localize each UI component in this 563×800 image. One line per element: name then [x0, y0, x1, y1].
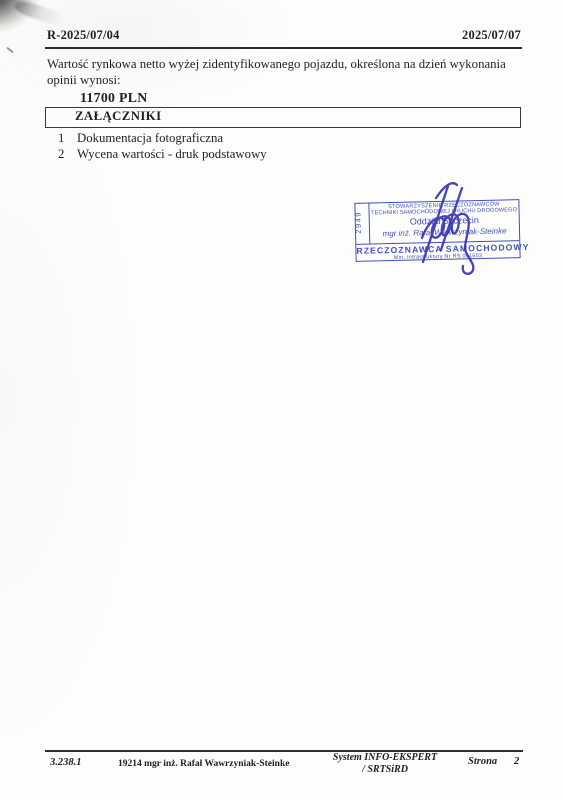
footer-divider — [45, 750, 523, 752]
attachments-list: 1 Dokumentacja fotograficzna 2 Wycena wa… — [58, 130, 267, 162]
list-item-label: Wycena wartości - druk podstawowy — [77, 146, 267, 162]
list-item-number: 2 — [58, 146, 77, 162]
valuation-amount: 11700 PLN — [80, 90, 147, 106]
footer-page-label: Strona — [468, 756, 497, 767]
scan-edge-mark — [6, 47, 14, 54]
attachments-header-box: ZAŁĄCZNIKI — [45, 107, 521, 128]
attachments-title: ZAŁĄCZNIKI — [75, 109, 162, 124]
stamp-side-number-cell: 2949 — [355, 204, 370, 244]
scanned-document-page: R-2025/07/04 2025/07/07 Wartość rynkowa … — [0, 0, 563, 800]
scan-streak-artifact — [13, 0, 67, 28]
valuation-statement: Wartość rynkowa netto wyżej zidentyfikow… — [47, 57, 529, 88]
report-date: 2025/07/07 — [462, 28, 521, 43]
list-item-label: Dokumentacja fotograficzna — [77, 130, 223, 146]
footer-page-number: 2 — [514, 756, 519, 767]
footer-author: 19214 mgr inż. Rafał Wawrzyniak-Steinke — [118, 759, 289, 769]
stamp-lower-section: RZECZOZNAWCA SAMOCHODOWY Min. Infrastruk… — [356, 241, 519, 261]
list-item: 1 Dokumentacja fotograficzna — [58, 130, 267, 146]
stamp-expert-name: mgr inż. Rafał Wawrzyniak-Steinke — [370, 226, 519, 238]
expert-stamp: 2949 STOWARZYSZENIE RZECZOZNAWCÓW TECHNI… — [354, 199, 520, 262]
stamp-side-number: 2949 — [353, 211, 363, 234]
report-reference: R-2025/07/04 — [47, 28, 120, 43]
footer-system-line1: System INFO-EKSPERT — [320, 752, 450, 764]
footer-system-name: System INFO-EKSPERT / SRTSiRD — [320, 752, 450, 775]
footer-version: 3.238.1 — [50, 757, 82, 768]
stamp-text-lines: STOWARZYSZENIE RZECZOZNAWCÓW TECHNIKI SA… — [369, 200, 519, 243]
stamp-upper-section: 2949 STOWARZYSZENIE RZECZOZNAWCÓW TECHNI… — [355, 200, 519, 245]
header-divider — [45, 47, 522, 49]
list-item-number: 1 — [58, 130, 77, 146]
list-item: 2 Wycena wartości - druk podstawowy — [58, 146, 267, 162]
footer-system-line2: / SRTSiRD — [320, 764, 450, 776]
